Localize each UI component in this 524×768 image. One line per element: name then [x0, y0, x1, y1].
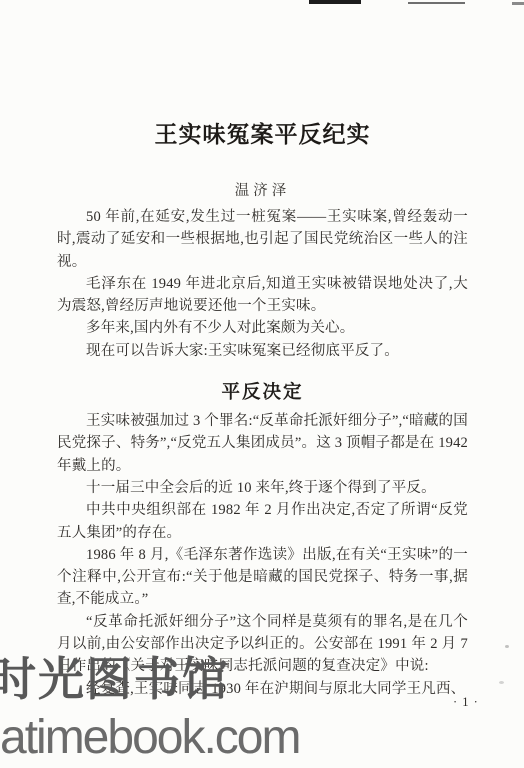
intro-paragraph: 毛泽东在 1949 年进北京后,知道王实味被错误地处决了,大为震怒,曾经厉声地说… [57, 273, 468, 318]
page-title: 王实味冤案平反纪实 [57, 116, 468, 149]
watermark-site-text: atimebook.com [0, 714, 299, 762]
body-paragraph: 十一届三中全会后的近 10 来年,终于逐个得到了平反。 [57, 477, 468, 499]
body-paragraph: 1986 年 8 月,《毛泽东著作选读》出版,在有关“王实味”的一个注释中,公开… [57, 544, 468, 611]
scan-artifact-line [512, 2, 524, 5]
author-name: 温济泽 [57, 179, 468, 200]
watermark-library-name: 时光图书馆 [0, 656, 230, 702]
body-paragraph: 中共中央组织部在 1982 年 2 月作出决定,否定了所谓“反党五人集团”的存在… [57, 499, 468, 544]
page-number: · 1 · [453, 695, 479, 710]
scan-speck [505, 645, 509, 648]
intro-paragraph: 多年来,国内外有不少人对此案颇为关心。 [57, 317, 468, 339]
page-content: 王实味冤案平反纪实 温济泽 50 年前,在延安,发生过一桩冤案——王实味案,曾经… [57, 0, 468, 700]
intro-paragraph: 50 年前,在延安,发生过一桩冤案——王实味案,曾经轰动一时,震动了延安和一些根… [57, 206, 468, 273]
scanned-book-page: 王实味冤案平反纪实 温济泽 50 年前,在延安,发生过一桩冤案——王实味案,曾经… [0, 0, 524, 768]
section-heading: 平反决定 [57, 378, 468, 404]
body-text: 50 年前,在延安,发生过一桩冤案——王实味案,曾经轰动一时,震动了延安和一些根… [57, 206, 468, 700]
intro-paragraph: 现在可以告诉大家:王实味冤案已经彻底平反了。 [57, 340, 468, 362]
scan-speck [499, 681, 504, 684]
body-paragraph: 王实味被强加过 3 个罪名:“反革命托派奸细分子”,“暗藏的国民党探子、特务”,… [57, 410, 468, 477]
